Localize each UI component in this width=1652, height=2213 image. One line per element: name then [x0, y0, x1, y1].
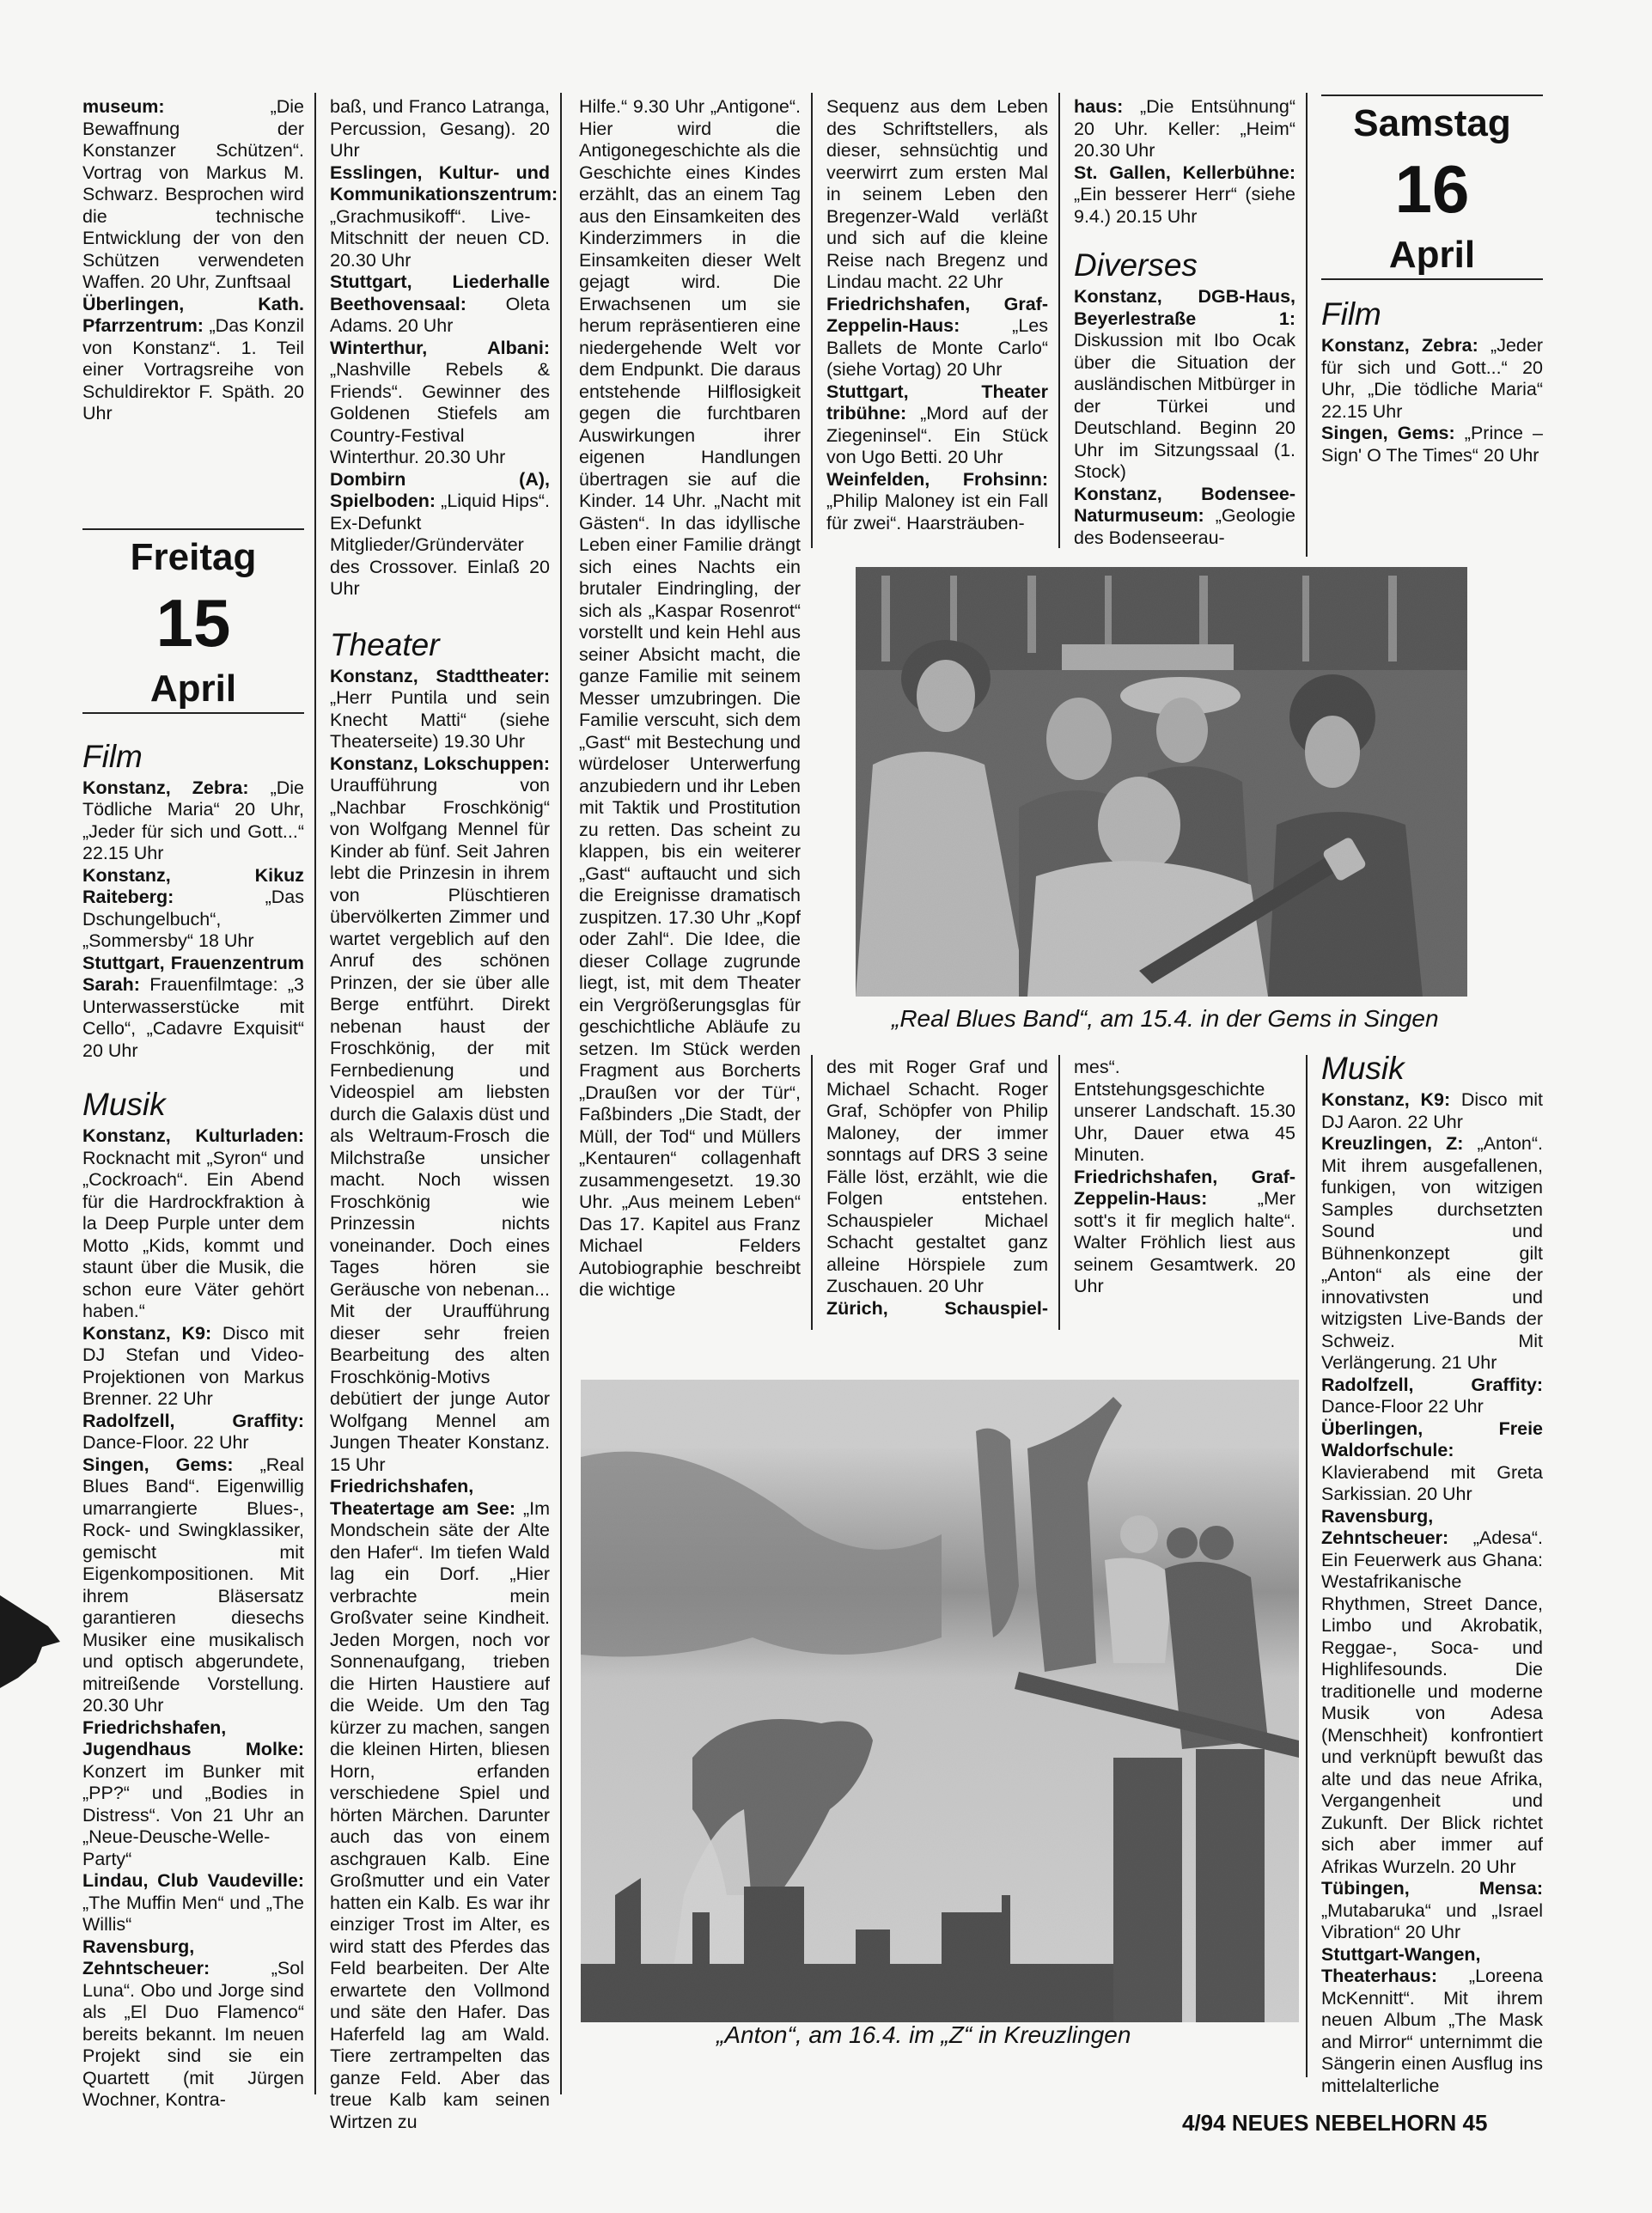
column-5: haus: „Die Entsühnung“ 20 Uhr. Keller: „… [1074, 96, 1295, 549]
listing-entry: Radolfzell, Graffity: Dance-Floor 22 Uhr [1321, 1375, 1543, 1418]
day-number: 15 [82, 580, 304, 666]
column-rule [1306, 1055, 1308, 2077]
anton-photo-image [581, 1380, 1299, 2022]
listing-entry: Konstanz, DGB-Haus, Beyerlestraße 1: Dis… [1074, 286, 1295, 484]
column-rule [1306, 93, 1308, 557]
listing-entry: Konstanz, Bodensee-Naturmuseum: „Geologi… [1074, 484, 1295, 550]
listing-entry: Kreuzlingen, Z: „Anton“. Mit ihrem ausge… [1321, 1133, 1543, 1375]
month: April [1321, 232, 1543, 278]
section-heading-film: Film [1321, 296, 1543, 333]
listing-entry: Stuttgart, Theater tribühne: „Mord auf d… [826, 381, 1048, 469]
listing-entry: Ravensburg, Zehntscheuer: „Adesa“. Ein F… [1321, 1506, 1543, 1879]
listing-entry: Konstanz, Lokschuppen: Uraufführung von … [330, 753, 550, 1477]
listing-entry: Esslingen, Kultur- und Kommunikationszen… [330, 162, 550, 272]
listing-entry: Singen, Gems: „Real Blues Band“. Eigenwi… [82, 1454, 304, 1717]
continued-text: mes“. Entstehungsgeschichte unserer Land… [1074, 1057, 1295, 1167]
column-3: Hilfe.“ 9.30 Uhr „Antigone“. Hier wird d… [579, 96, 801, 1302]
listing-entry: Stuttgart, Liederhalle Beethovensaal: Ol… [330, 271, 550, 338]
listing-entry: Konstanz, Stadttheater: „Herr Puntila un… [330, 666, 550, 753]
listing-entry: Konstanz, K9: Disco mit DJ Stefan und Vi… [82, 1323, 304, 1411]
listing-entry: Tübingen, Mensa: „Mutabaruka“ und „Israe… [1321, 1878, 1543, 1944]
day-header-friday: Freitag 15 April [82, 530, 304, 712]
column-rule [560, 93, 562, 2094]
listing-entry: Stuttgart, Frauenzentrum Sarah: Frauenfi… [82, 953, 304, 1063]
section-heading-musik: Musik [1321, 1050, 1543, 1088]
listing-entry: Ravensburg, Zehntscheuer: „Sol Luna“. Ob… [82, 1936, 304, 2112]
section-heading-diverses: Diverses [1074, 247, 1295, 284]
page-tear-mark [0, 1585, 60, 1688]
anton-photo-caption: „Anton“, am 16.4. im „Z“ in Kreuzlingen [716, 2021, 1131, 2049]
listing-entry: Winterthur, Albani: „Nashville Rebels & … [330, 338, 550, 469]
page-footer: 4/94 NEUES NEBELHORN 45 [1182, 2110, 1487, 2136]
day-rule-top [82, 528, 304, 530]
listing-entry: Dombirn (A), Spielboden: „Liquid Hips“. … [330, 469, 550, 600]
day-rule-top [1321, 94, 1543, 96]
listing-entry: Konstanz, K9: Disco mit DJ Aaron. 22 Uhr [1321, 1089, 1543, 1133]
listing-entry: Konstanz, Kikuz Raiteberg: „Das Dschunge… [82, 865, 304, 953]
day-header-saturday: Samstag 16 April [1321, 96, 1543, 278]
column-6-lower: Musik Konstanz, K9: Disco mit DJ Aaron. … [1321, 1050, 1543, 2097]
column-4-lower: des mit Roger Graf und Michael Schacht. … [826, 1057, 1048, 1320]
day-rule-bottom [82, 712, 304, 714]
listing-entry: Konstanz, Kulturladen: Rocknacht mit „Sy… [82, 1125, 304, 1323]
listing-entry: Überlingen, Freie Waldorfschule: Klavier… [1321, 1418, 1543, 1506]
listing-entry: Friedrichshafen, Jugendhaus Molke: Konze… [82, 1717, 304, 1871]
listing-entry: Stuttgart-Wangen, Theaterhaus: „Loreena … [1321, 1944, 1543, 2098]
listing-entry: Radolfzell, Graffity: Dance-Floor. 22 Uh… [82, 1411, 304, 1454]
column-rule [1058, 93, 1060, 548]
column-rule [314, 93, 316, 2094]
listing-entry: Überlingen, Kath. Pfarrzentrum: „Das Kon… [82, 294, 304, 425]
section-heading-musik: Musik [82, 1086, 304, 1124]
listing-entry: Singen, Gems: „Prince – Sign' O The Time… [1321, 423, 1543, 466]
listing-entry: museum: „Die Bewaffnung der Konstanzer S… [82, 96, 304, 294]
weekday: Samstag [1321, 96, 1543, 146]
column-rule [811, 93, 813, 548]
column-rule [811, 1055, 813, 1330]
anton-photo [581, 1380, 1299, 2022]
day-number: 16 [1321, 146, 1543, 232]
day-rule-bottom [1321, 278, 1543, 280]
continued-text: Hilfe.“ 9.30 Uhr „Antigone“. Hier wird d… [579, 96, 801, 1302]
column-6: Samstag 16 April Film Konstanz, Zebra: „… [1321, 94, 1543, 466]
listing-entry: Weinfelden, Frohsinn: „Philip Maloney is… [826, 469, 1048, 535]
band-photo-image [856, 567, 1467, 997]
band-photo-caption: „Real Blues Band“, am 15.4. in der Gems … [892, 1005, 1439, 1033]
continued-text: des mit Roger Graf und Michael Schacht. … [826, 1057, 1048, 1298]
listing-entry: Konstanz, Zebra: „Die Tödliche Maria“ 20… [82, 777, 304, 865]
listing-entry: Konstanz, Zebra: „Jeder für sich und Got… [1321, 335, 1543, 423]
section-heading-theater: Theater [330, 626, 550, 664]
column-4: Sequenz aus dem Leben des Schriftsteller… [826, 96, 1048, 534]
continued-text: Sequenz aus dem Leben des Schriftsteller… [826, 96, 1048, 294]
listing-entry: Friedrichshafen, Theatertage am See: „Im… [330, 1476, 550, 2133]
listing-entry: Friedrichshafen, Graf-Zeppelin-Haus: „Me… [1074, 1167, 1295, 1298]
listing-entry: Zürich, Schauspiel- [826, 1298, 1048, 1320]
continued-text: baß, und Franco Latranga, Percussion, Ge… [330, 96, 550, 162]
column-1: museum: „Die Bewaffnung der Konstanzer S… [82, 96, 304, 2112]
column-2: baß, und Franco Latranga, Percussion, Ge… [330, 96, 550, 2133]
band-photo [856, 567, 1467, 997]
section-heading-film: Film [82, 738, 304, 776]
column-5-lower: mes“. Entstehungsgeschichte unserer Land… [1074, 1057, 1295, 1298]
listing-entry: Friedrichshafen, Graf-Zeppelin-Haus: „Le… [826, 294, 1048, 381]
listing-entry: haus: „Die Entsühnung“ 20 Uhr. Keller: „… [1074, 96, 1295, 162]
month: April [82, 666, 304, 712]
weekday: Freitag [82, 530, 304, 580]
listing-entry: St. Gallen, Kellerbühne: „Ein besserer H… [1074, 162, 1295, 229]
column-rule [1058, 1055, 1060, 1330]
listing-entry: Lindau, Club Vaudeville: „The Muffin Men… [82, 1870, 304, 1936]
